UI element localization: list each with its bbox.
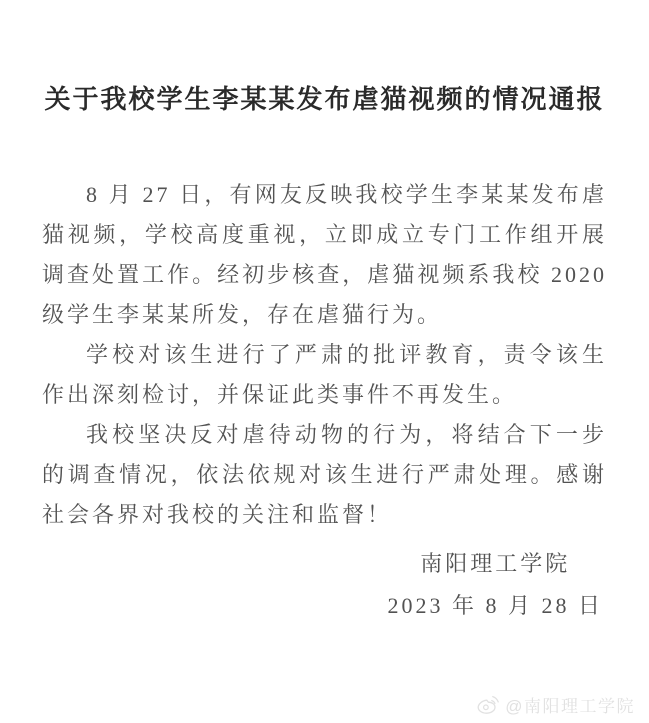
signature-inner: 南阳理工学院 2023 年 8 月 28 日 xyxy=(387,543,603,627)
watermark-text: @南阳理工学院 xyxy=(505,692,635,717)
notice-document-page: 关于我校学生李某某发布虐猫视频的情况通报 8 月 27 日，有网友反映我校学生李… xyxy=(0,0,649,723)
notice-paragraph: 我校坚决反对虐待动物的行为，将结合下一步的调查情况，依法依规对该生进行严肃处理。… xyxy=(42,415,607,535)
notice-body: 8 月 27 日，有网友反映我校学生李某某发布虐猫视频，学校高度重视，立即成立专… xyxy=(42,175,607,535)
notice-title: 关于我校学生李某某发布虐猫视频的情况通报 xyxy=(0,0,649,115)
signature-block: 南阳理工学院 2023 年 8 月 28 日 xyxy=(0,543,649,627)
notice-paragraph: 学校对该生进行了严肃的批评教育，责令该生作出深刻检讨，并保证此类事件不再发生。 xyxy=(42,335,607,415)
weibo-watermark: @南阳理工学院 xyxy=(477,692,635,717)
notice-paragraph: 8 月 27 日，有网友反映我校学生李某某发布虐猫视频，学校高度重视，立即成立专… xyxy=(42,175,607,335)
weibo-icon xyxy=(477,695,500,715)
signature-date: 2023 年 8 月 28 日 xyxy=(387,585,603,627)
signature-organization: 南阳理工学院 xyxy=(387,543,603,585)
